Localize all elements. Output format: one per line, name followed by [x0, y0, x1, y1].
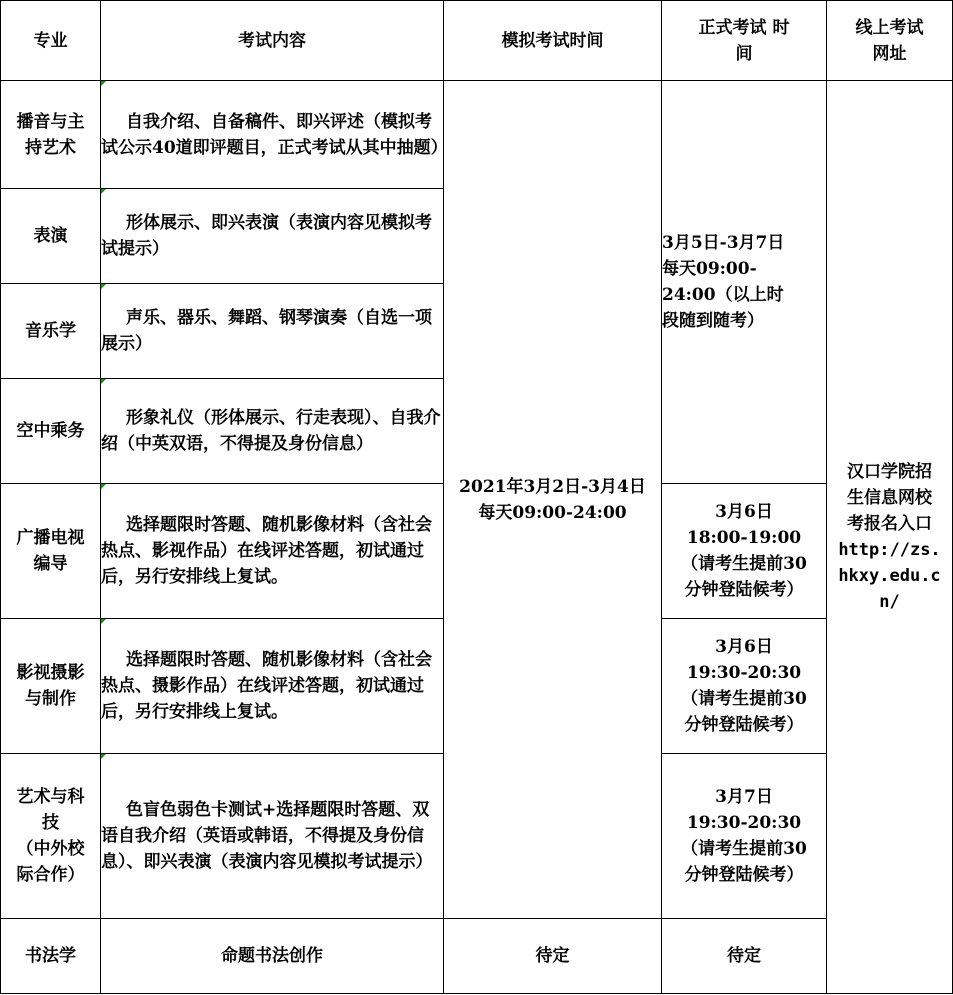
exam-content-text: 选择题限时答题、随机影像材料（含社会热点、影视作品）在线评述答题，初试通过后，另… — [101, 515, 432, 587]
formal-time-cell: 3月7日 19:30-20:30 （请考生提前30 分钟登陆候考） — [662, 754, 827, 919]
header-online-url-line2: 网址 — [827, 41, 952, 67]
formal-time-cell: 3月6日 18:00-19:00 （请考生提前30 分钟登陆候考） — [662, 484, 827, 619]
exam-schedule-table: 专业 考试内容 模拟考试时间 正式考试 时 间 线上考试 网址 播音与主 持艺术… — [0, 0, 953, 994]
major-name: 广播电视 — [1, 525, 100, 551]
content-cell: 选择题限时答题、随机影像材料（含社会热点、摄影作品）在线评述答题，初试通过后，另… — [101, 619, 444, 754]
header-content-label: 考试内容 — [238, 31, 306, 51]
cell-comment-marker-icon — [101, 284, 106, 289]
formal-time-cell: 3月6日 19:30-20:30 （请考生提前30 分钟登陆候考） — [662, 619, 827, 754]
formal-time-line: 分钟登陆候考） — [662, 862, 826, 888]
major-name: 播音与主 — [1, 109, 100, 135]
exam-content-text: 形象礼仪（形体展示、行走表现）、自我介绍（中英双语，不得提及身份信息） — [101, 408, 441, 454]
exam-content-text: 命题书法创作 — [221, 946, 323, 966]
formal-time-line: 18:00-19:00 — [662, 525, 826, 551]
mock-time-date: 2021年3月2日-3月4日 — [444, 474, 661, 500]
header-formal-time-line2: 间 — [662, 41, 826, 67]
major-cell: 音乐学 — [1, 284, 101, 379]
formal-time-line: 分钟登陆候考） — [662, 577, 826, 603]
formal-time-line: （请考生提前30 — [662, 836, 826, 862]
url-description: 考报名入口 — [827, 511, 952, 537]
major-cell: 影视摄影 与制作 — [1, 619, 101, 754]
header-formal-time: 正式考试 时 间 — [662, 1, 827, 81]
exam-url-link[interactable]: hkxy.edu.c — [827, 563, 952, 589]
major-name: 际合作） — [1, 862, 100, 888]
formal-time-line: （请考生提前30 — [662, 551, 826, 577]
formal-time-tbd: 待定 — [727, 946, 761, 966]
major-cell: 播音与主 持艺术 — [1, 81, 101, 189]
content-cell: 命题书法创作 — [101, 919, 444, 994]
major-name: 影视摄影 — [1, 660, 100, 686]
header-mock-time: 模拟考试时间 — [444, 1, 662, 81]
formal-time-line: 段随到随考） — [662, 308, 826, 334]
header-mock-time-label: 模拟考试时间 — [502, 31, 604, 51]
exam-content-text: 自我介绍、自备稿件、即兴评述（模拟考试公示40道即评题目，正式考试从其中抽题） — [101, 112, 448, 158]
major-name: 技 — [1, 810, 100, 836]
content-cell: 选择题限时答题、随机影像材料（含社会热点、影视作品）在线评述答题，初试通过后，另… — [101, 484, 444, 619]
exam-content-text: 色盲色弱色卡测试+选择题限时答题、双语自我介绍（英语或韩语，不得提及身份信息）、… — [101, 800, 433, 872]
header-major-label: 专业 — [34, 31, 68, 51]
online-url-merged-cell: 汉口学院招 生信息网校 考报名入口 http://zs. hkxy.edu.c … — [827, 81, 953, 994]
content-cell: 色盲色弱色卡测试+选择题限时答题、双语自我介绍（英语或韩语，不得提及身份信息）、… — [101, 754, 444, 919]
cell-comment-marker-icon — [101, 754, 106, 759]
mock-time-cell: 待定 — [444, 919, 662, 994]
mock-time-hours: 每天09:00-24:00 — [444, 500, 661, 526]
mock-time-merged-cell: 2021年3月2日-3月4日 每天09:00-24:00 — [444, 81, 662, 919]
mock-time-tbd: 待定 — [536, 946, 570, 966]
major-cell: 表演 — [1, 189, 101, 284]
exam-content-text: 形体展示、即兴表演（表演内容见模拟考试提示） — [101, 213, 432, 259]
header-formal-time-line1: 正式考试 时 — [662, 15, 826, 41]
major-name: 音乐学 — [1, 318, 100, 344]
header-online-url: 线上考试 网址 — [827, 1, 953, 81]
exam-content-text: 选择题限时答题、随机影像材料（含社会热点、摄影作品）在线评述答题，初试通过后，另… — [101, 650, 432, 722]
content-cell: 声乐、器乐、舞蹈、钢琴演奏（自选一项展示） — [101, 284, 444, 379]
cell-comment-marker-icon — [101, 379, 106, 384]
url-description: 生信息网校 — [827, 485, 952, 511]
major-name: 空中乘务 — [1, 418, 100, 444]
major-cell: 广播电视 编导 — [1, 484, 101, 619]
formal-time-line: 19:30-20:30 — [662, 660, 826, 686]
url-description: 汉口学院招 — [827, 459, 952, 485]
formal-time-line: 19:30-20:30 — [662, 810, 826, 836]
cell-comment-marker-icon — [101, 484, 106, 489]
exam-content-text: 声乐、器乐、舞蹈、钢琴演奏（自选一项展示） — [101, 308, 432, 354]
table-row: 播音与主 持艺术 自我介绍、自备稿件、即兴评述（模拟考试公示40道即评题目，正式… — [1, 81, 953, 189]
header-online-url-line1: 线上考试 — [827, 15, 952, 41]
formal-time-cell: 待定 — [662, 919, 827, 994]
major-name: 持艺术 — [1, 135, 100, 161]
formal-time-cell: 3月5日-3月7日 每天09:00- 24:00（以上时 段随到随考） — [662, 81, 827, 484]
major-name: 书法学 — [1, 943, 100, 969]
major-name: 表演 — [1, 223, 100, 249]
major-name: （中外校 — [1, 836, 100, 862]
major-cell: 艺术与科 技 （中外校 际合作） — [1, 754, 101, 919]
header-row: 专业 考试内容 模拟考试时间 正式考试 时 间 线上考试 网址 — [1, 1, 953, 81]
major-cell: 空中乘务 — [1, 379, 101, 484]
exam-url-link[interactable]: n/ — [827, 589, 952, 615]
major-name: 编导 — [1, 551, 100, 577]
cell-comment-marker-icon — [101, 189, 106, 194]
major-cell: 书法学 — [1, 919, 101, 994]
header-major: 专业 — [1, 1, 101, 81]
major-name: 与制作 — [1, 686, 100, 712]
formal-time-line: （请考生提前30 — [662, 686, 826, 712]
content-cell: 形体展示、即兴表演（表演内容见模拟考试提示） — [101, 189, 444, 284]
content-cell: 自我介绍、自备稿件、即兴评述（模拟考试公示40道即评题目，正式考试从其中抽题） — [101, 81, 444, 189]
formal-time-line: 3月6日 — [662, 634, 826, 660]
formal-time-line: 3月6日 — [662, 499, 826, 525]
header-content: 考试内容 — [101, 1, 444, 81]
cell-comment-marker-icon — [101, 81, 106, 86]
content-cell: 形象礼仪（形体展示、行走表现）、自我介绍（中英双语，不得提及身份信息） — [101, 379, 444, 484]
major-name: 艺术与科 — [1, 784, 100, 810]
table-row: 书法学 命题书法创作 待定 待定 — [1, 919, 953, 994]
cell-comment-marker-icon — [101, 619, 106, 624]
exam-url-link[interactable]: http://zs. — [827, 537, 952, 563]
formal-time-line: 24:00（以上时 — [662, 282, 826, 308]
formal-time-line: 3月7日 — [662, 784, 826, 810]
formal-time-line: 3月5日-3月7日 — [662, 230, 826, 256]
formal-time-line: 每天09:00- — [662, 256, 826, 282]
formal-time-line: 分钟登陆候考） — [662, 712, 826, 738]
